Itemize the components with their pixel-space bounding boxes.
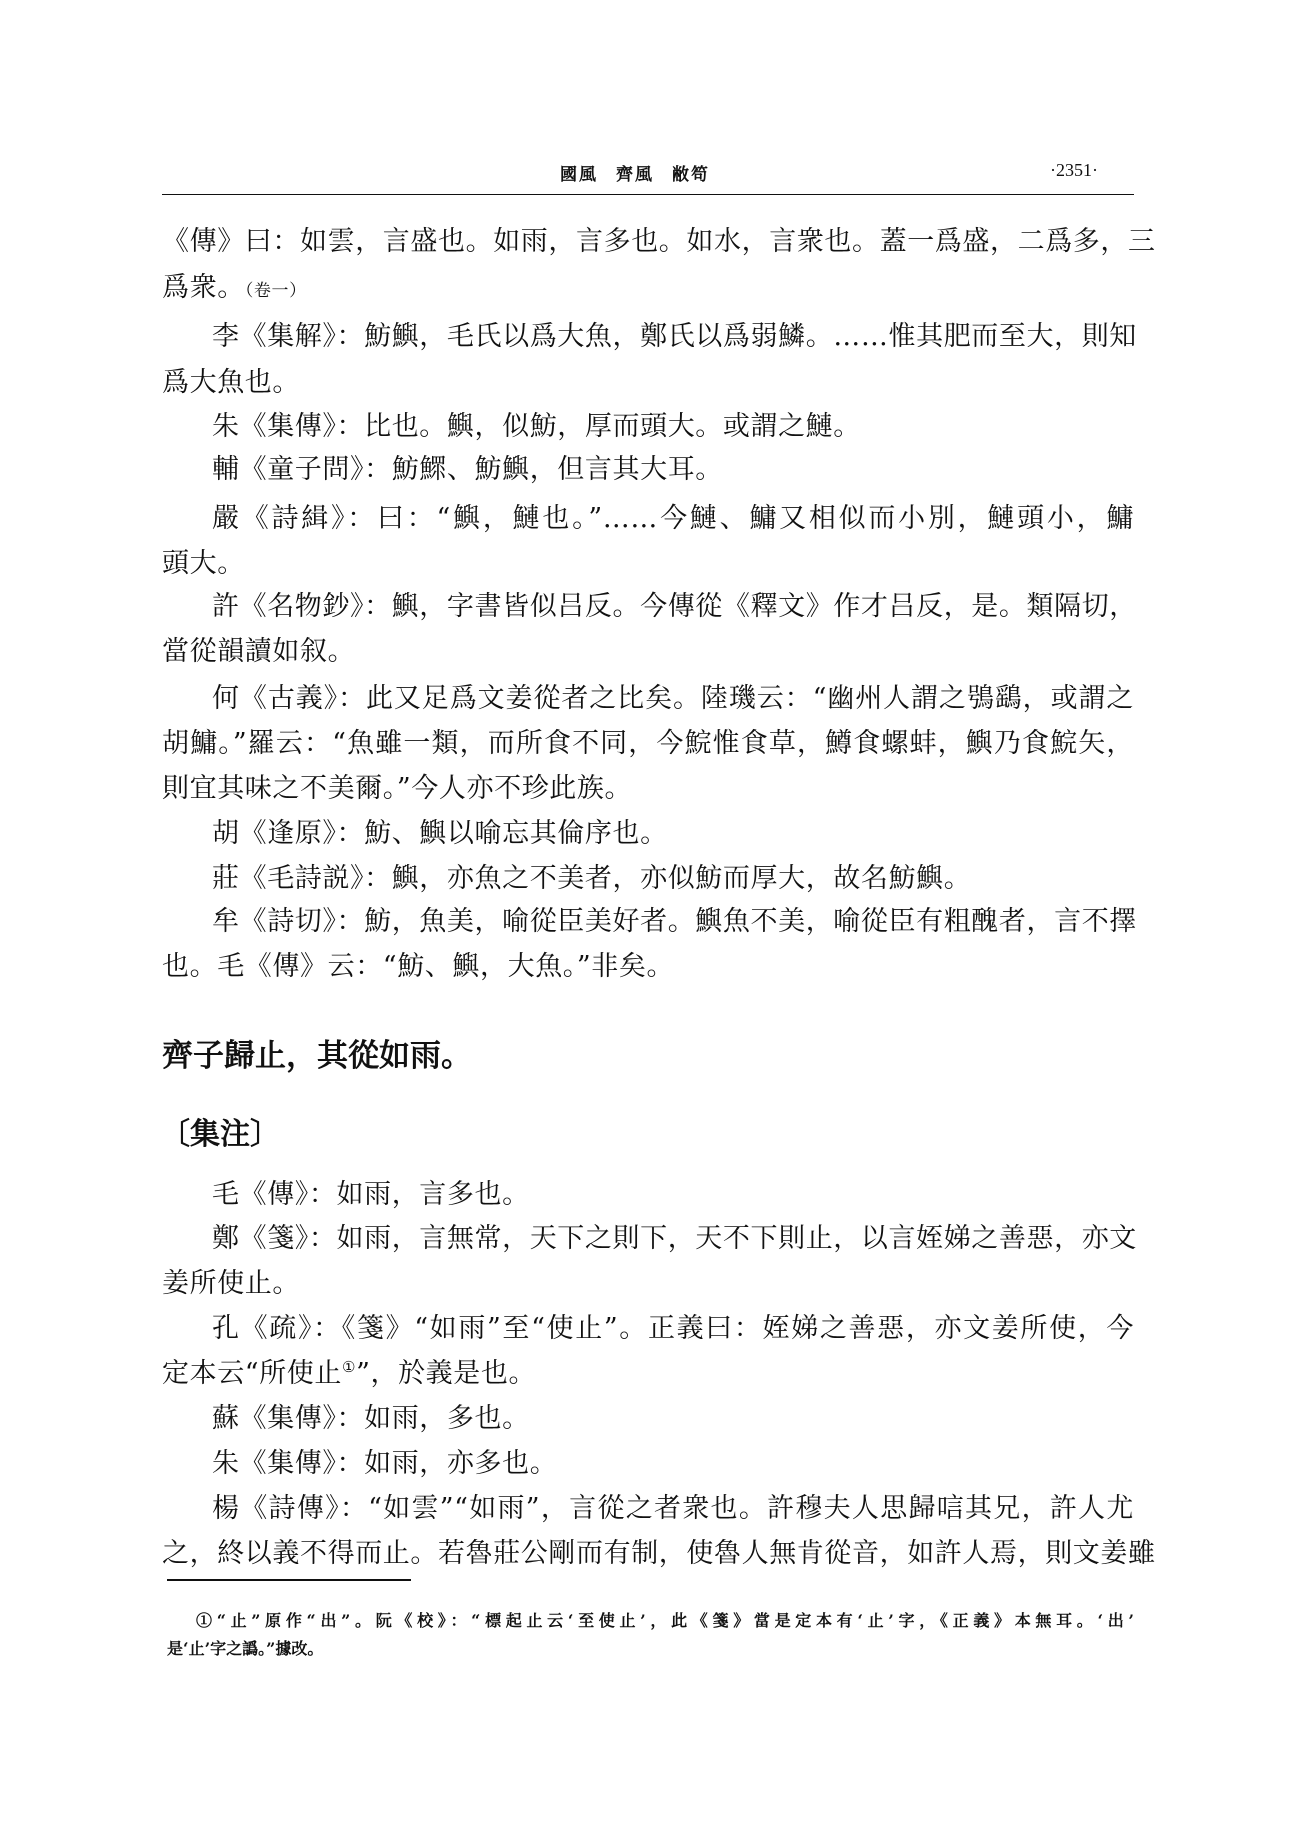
text-span: 爲衆。 <box>162 272 245 303</box>
text-line: 《傳》曰：如雲，言盛也。如雨，言多也。如水，言衆也。蓋一爲盛，二爲多，三 <box>162 225 1134 259</box>
header-rule <box>162 194 1134 195</box>
running-head-part: 國風 <box>560 165 598 185</box>
text-line: 何《古義》：此又足爲文姜從者之比矣。陸璣云：“幽州人謂之鴞鷂，或謂之 <box>212 682 1134 716</box>
text-line: 當從韻讀如叙。 <box>162 635 1134 669</box>
text-line: 則宜其味之不美爾。”今人亦不珍此族。 <box>162 772 1134 806</box>
running-head-part: 敝笱 <box>672 165 710 185</box>
running-head: 國風齊風敝笱 <box>560 160 728 185</box>
page-number: ·2351· <box>1050 160 1098 181</box>
footnote-line: 是‘止’字之譌。”據改。 <box>167 1638 323 1660</box>
text-line: 莊《毛詩説》：鱮，亦魚之不美者，亦似魴而厚大，故名魴鱮。 <box>212 862 1134 896</box>
verse-heading: 齊子歸止，其從如雨。 <box>162 1036 472 1076</box>
text-line: 朱《集傳》：如雨，亦多也。 <box>212 1447 1134 1481</box>
section-label: 〔集注〕 <box>160 1115 280 1155</box>
text-span: ”，於義是也。 <box>356 1358 536 1389</box>
text-line: 朱《集傳》：比也。鱮，似魴，厚而頭大。或謂之鰱。 <box>212 410 1134 444</box>
text-span: 定本云“所使止 <box>162 1358 342 1389</box>
text-line: 牟《詩切》：魴，魚美，喻從臣美好者。鱮魚不美，喻從臣有粗醜者，言不擇 <box>212 905 1134 939</box>
text-line: 爲大魚也。 <box>162 366 1134 400</box>
book-page: 國風齊風敝笱 ·2351· 《傳》曰：如雲，言盛也。如雨，言多也。如水，言衆也。… <box>0 0 1300 1827</box>
footnote-line: ①“止”原作“出”。阮《校》：“標起止云‘至使止’，此《箋》當是定本有‘止’字，… <box>196 1610 1134 1632</box>
text-line: 也。毛《傳》云：“魴、鱮，大魚。”非矣。 <box>162 950 1134 984</box>
text-line: 頭大。 <box>162 547 1134 581</box>
text-line: 之，終以義不得而止。若魯莊公剛而有制，使魯人無肯從音，如許人焉，則文姜雖 <box>162 1537 1134 1571</box>
text-line: 定本云“所使止①”，於義是也。 <box>162 1357 1134 1391</box>
text-line: 輔《童子問》：魴鰥、魴鱮，但言其大耳。 <box>212 453 1134 487</box>
text-line: 爲衆。（卷一） <box>162 271 1134 308</box>
text-line: 嚴《詩緝》：曰：“鱮，鰱也。”……今鰱、鱅又相似而小別，鰱頭小，鱅 <box>212 502 1134 536</box>
text-line: 毛《傳》：如雨，言多也。 <box>212 1178 1134 1212</box>
volume-citation: （卷一） <box>245 281 307 301</box>
text-line: 許《名物鈔》：鱮，字書皆似吕反。今傳從《釋文》作才吕反，是。類隔切， <box>212 590 1134 624</box>
text-line: 姜所使止。 <box>162 1267 1134 1301</box>
text-line: 鄭《箋》：如雨，言無常，天下之則下，天不下則止，以言姪娣之善惡，亦文 <box>212 1222 1134 1256</box>
text-line: 胡《逢原》：魴、鱮以喻忘其倫序也。 <box>212 817 1134 851</box>
text-line: 李《集解》：魴鱮，毛氏以爲大魚，鄭氏以爲弱鱗。……惟其肥而至大，則知 <box>212 320 1134 354</box>
footnote-ref-link[interactable]: ① <box>342 1358 356 1376</box>
text-line: 孔《疏》：《箋》“如雨”至“使止”。正義曰：姪娣之善惡，亦文姜所使，今 <box>212 1312 1134 1346</box>
text-line: 胡鱅。”羅云：“魚雖一類，而所食不同，今鯇惟食草，鱒食螺蚌，鱮乃食鯇矢， <box>162 727 1134 761</box>
footnote-rule <box>167 1579 411 1581</box>
text-line: 蘇《集傳》：如雨，多也。 <box>212 1402 1134 1436</box>
running-head-part: 齊風 <box>616 165 654 185</box>
text-line: 楊《詩傳》：“如雲”“如雨”，言從之者衆也。許穆夫人思歸唁其兄，許人尤 <box>212 1492 1134 1526</box>
